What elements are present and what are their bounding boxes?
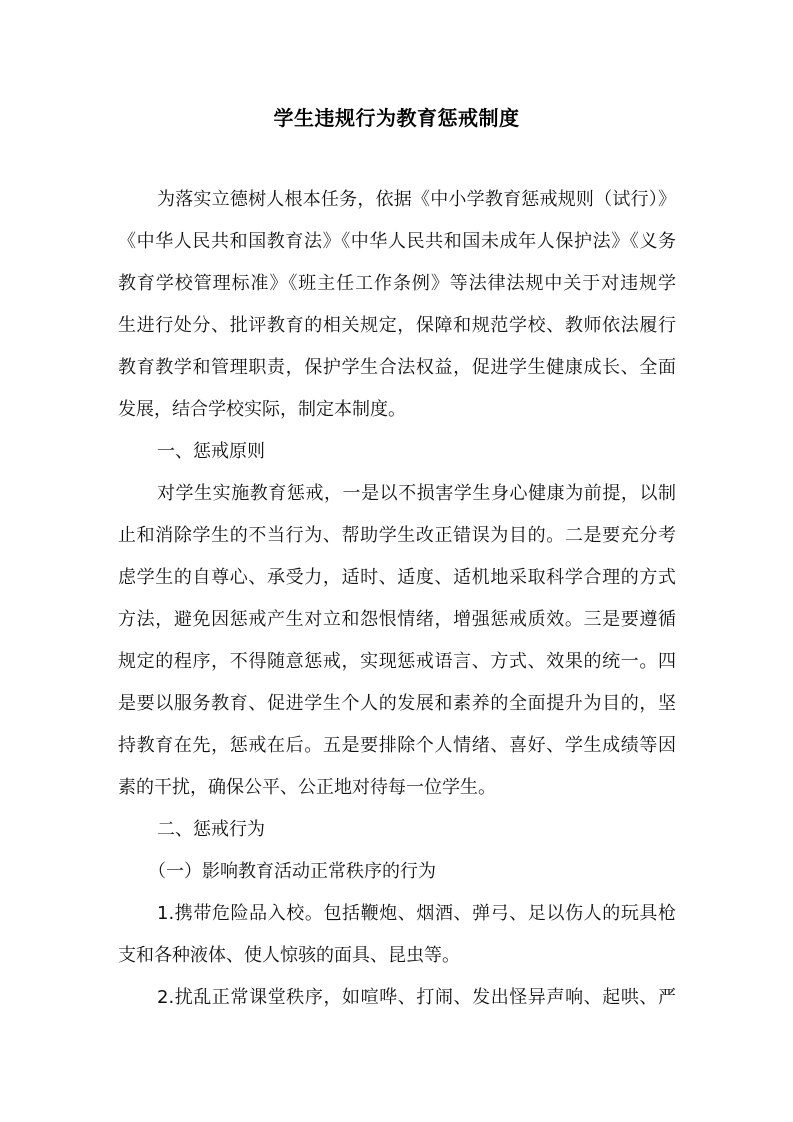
paragraph-line: 为落实立德树人根本任务，依据《中小学教育惩戒规则（试行）》	[118, 179, 676, 221]
list-item-line: 支和各种液体、使人惊骇的面具、昆虫等。	[118, 935, 676, 977]
paragraph-line: 对学生实施教育惩戒，一是以不损害学生身心健康为前提，以制	[118, 473, 676, 515]
list-item-line: 2.扰乱正常课堂秩序，如喧哗、打闹、发出怪异声响、起哄、严	[118, 977, 676, 1019]
list-item-line: 1.携带危险品入校。包括鞭炮、烟酒、弹弓、足以伤人的玩具枪	[118, 893, 676, 935]
section-heading: 二、惩戒行为	[118, 809, 676, 851]
paragraph-line: 发展，结合学校实际，制定本制度。	[118, 389, 676, 431]
section-heading: 一、惩戒原则	[118, 431, 676, 473]
paragraph-line: 《中华人民共和国教育法》《中华人民共和国未成年人保护法》《义务	[118, 221, 676, 263]
paragraph-line: 方法，避免因惩戒产生对立和怨恨情绪，增强惩戒质效。三是要遵循	[118, 599, 676, 641]
document-title: 学生违规行为教育惩戒制度	[0, 101, 793, 135]
document-page: 学生违规行为教育惩戒制度 为落实立德树人根本任务，依据《中小学教育惩戒规则（试行…	[0, 0, 793, 1122]
paragraph-line: 素的干扰，确保公平、公正地对待每一位学生。	[118, 767, 676, 809]
paragraph-line: 规定的程序，不得随意惩戒，实现惩戒语言、方式、效果的统一。四	[118, 641, 676, 683]
paragraph-line: 止和消除学生的不当行为、帮助学生改正错误为目的。二是要充分考	[118, 515, 676, 557]
paragraph-line: 教育教学和管理职责，保护学生合法权益，促进学生健康成长、全面	[118, 347, 676, 389]
paragraph-line: 是要以服务教育、促进学生个人的发展和素养的全面提升为目的，坚	[118, 683, 676, 725]
paragraph-line: 虑学生的自尊心、承受力，适时、适度、适机地采取科学合理的方式	[118, 557, 676, 599]
document-body: 为落实立德树人根本任务，依据《中小学教育惩戒规则（试行）》 《中华人民共和国教育…	[118, 179, 676, 1019]
paragraph-line: 持教育在先，惩戒在后。五是要排除个人情绪、喜好、学生成绩等因	[118, 725, 676, 767]
paragraph-line: 生进行处分、批评教育的相关规定，保障和规范学校、教师依法履行	[118, 305, 676, 347]
subsection-heading: （一）影响教育活动正常秩序的行为	[118, 851, 676, 893]
paragraph-line: 教育学校管理标准》《班主任工作条例》等法律法规中关于对违规学	[118, 263, 676, 305]
